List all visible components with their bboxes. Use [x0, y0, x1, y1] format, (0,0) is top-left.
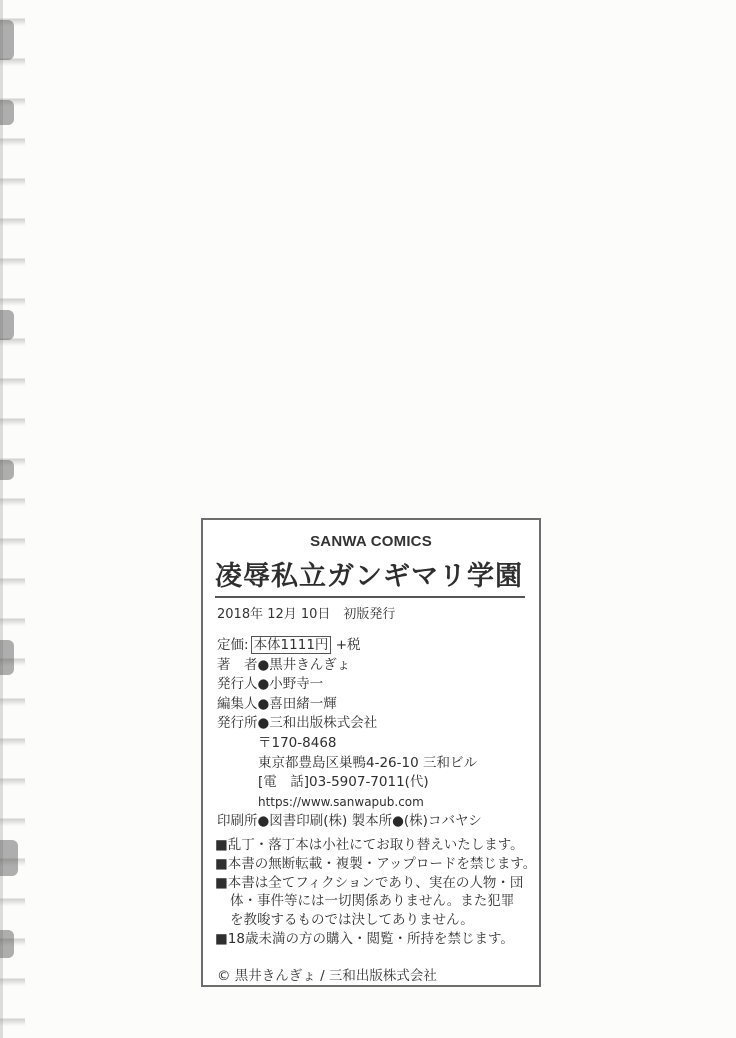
credit-row-publisher: 発行所●三和出版株式会社 [217, 714, 482, 734]
credit-value: 喜田緒一輝 [269, 696, 337, 712]
bullet-icon: ● [258, 813, 270, 829]
bullet-icon: ● [258, 696, 270, 712]
copyright-line: © 黒井きんぎょ / 三和出版株式会社 [217, 964, 437, 984]
scan-artifact [0, 310, 14, 340]
notice-text: 本書は全てフィクションであり、実在の人物・団 [228, 875, 524, 891]
publisher-url: https://www.sanwapub.com [217, 793, 482, 813]
notice-text: 18歳未満の方の購入・閲覧・所持を禁じます。 [228, 931, 514, 947]
square-bullet-icon: ■ [215, 837, 228, 853]
credit-value: 三和出版株式会社 [269, 715, 377, 731]
scan-artifact [0, 840, 18, 876]
credit-label: 著 者 [217, 657, 258, 673]
publication-date: 2018年 12月 10日 初版発行 [217, 603, 395, 622]
legal-notices: ■乱丁・落丁本は小社にてお取り替えいたします。 ■本書の無断転載・複製・アップロ… [215, 836, 536, 949]
price-value: 本体1111円 [251, 636, 332, 654]
bullet-icon: ● [392, 813, 404, 829]
credit-row-editor: 編集人●喜田緒一輝 [217, 695, 482, 715]
colophon-box: SANWA COMICS 凌辱私立ガンギマリ学園 2018年 12月 10日 初… [201, 518, 541, 987]
publication-info: 定価:本体1111円 +税 著 者●黒井きんぎょ 発行人●小野寺一 編集人●喜田… [217, 636, 482, 832]
square-bullet-icon: ■ [215, 875, 228, 891]
credit-label: 発行人 [217, 676, 258, 692]
scan-artifact [0, 100, 14, 125]
credit-label: 編集人 [217, 696, 258, 712]
credit-value: 黒井きんぎょ [269, 657, 350, 673]
street-address: 東京都豊島区巣鴨4-26-10 三和ビル [217, 754, 482, 774]
binder-label: 製本所 [352, 813, 393, 829]
square-bullet-icon: ■ [215, 931, 228, 947]
scan-artifact [0, 640, 14, 675]
notice-text-continued: を教唆するものでは決してありません。 [215, 911, 536, 930]
credit-value: 小野寺一 [269, 676, 323, 692]
scan-page-edge [0, 0, 25, 1038]
printing-row: 印刷所●図書印刷(株) 製本所●(株)コバヤシ [217, 812, 482, 832]
scan-artifact [0, 930, 14, 958]
notice-item: ■本書は全てフィクションであり、実在の人物・団 体・事件等には一切関係ありません… [215, 874, 536, 930]
scan-artifact [0, 20, 14, 60]
price-label: 定価: [217, 637, 249, 653]
postal-code: 〒170-8468 [217, 734, 482, 754]
notice-text: 乱丁・落丁本は小社にてお取り替えいたします。 [228, 837, 524, 853]
square-bullet-icon: ■ [215, 856, 228, 872]
bullet-icon: ● [258, 657, 270, 673]
bullet-icon: ● [258, 715, 270, 731]
notice-item: ■本書の無断転載・複製・アップロードを禁じます。 [215, 855, 536, 874]
credit-row-publisher-person: 発行人●小野寺一 [217, 675, 482, 695]
credit-row-author: 著 者●黒井きんぎょ [217, 656, 482, 676]
printer-label: 印刷所 [217, 813, 258, 829]
bullet-icon: ● [258, 676, 270, 692]
price-row: 定価:本体1111円 +税 [217, 636, 482, 656]
binder-value: (株)コバヤシ [404, 813, 482, 829]
phone-number: [電 話]03-5907-7011(代) [217, 773, 482, 793]
scan-artifact [0, 460, 14, 480]
printer-value: 図書印刷(株) [269, 813, 347, 829]
notice-text: 本書の無断転載・複製・アップロードを禁じます。 [228, 856, 536, 872]
notice-text-continued: 体・事件等には一切関係ありません。また犯罪 [215, 892, 536, 911]
book-title: 凌辱私立ガンギマリ学園 [215, 560, 525, 598]
credit-label: 発行所 [217, 715, 258, 731]
price-tax: +税 [336, 637, 361, 653]
notice-item: ■18歳未満の方の購入・閲覧・所持を禁じます。 [215, 930, 536, 949]
notice-item: ■乱丁・落丁本は小社にてお取り替えいたします。 [215, 836, 536, 855]
series-name: SANWA COMICS [203, 533, 539, 550]
